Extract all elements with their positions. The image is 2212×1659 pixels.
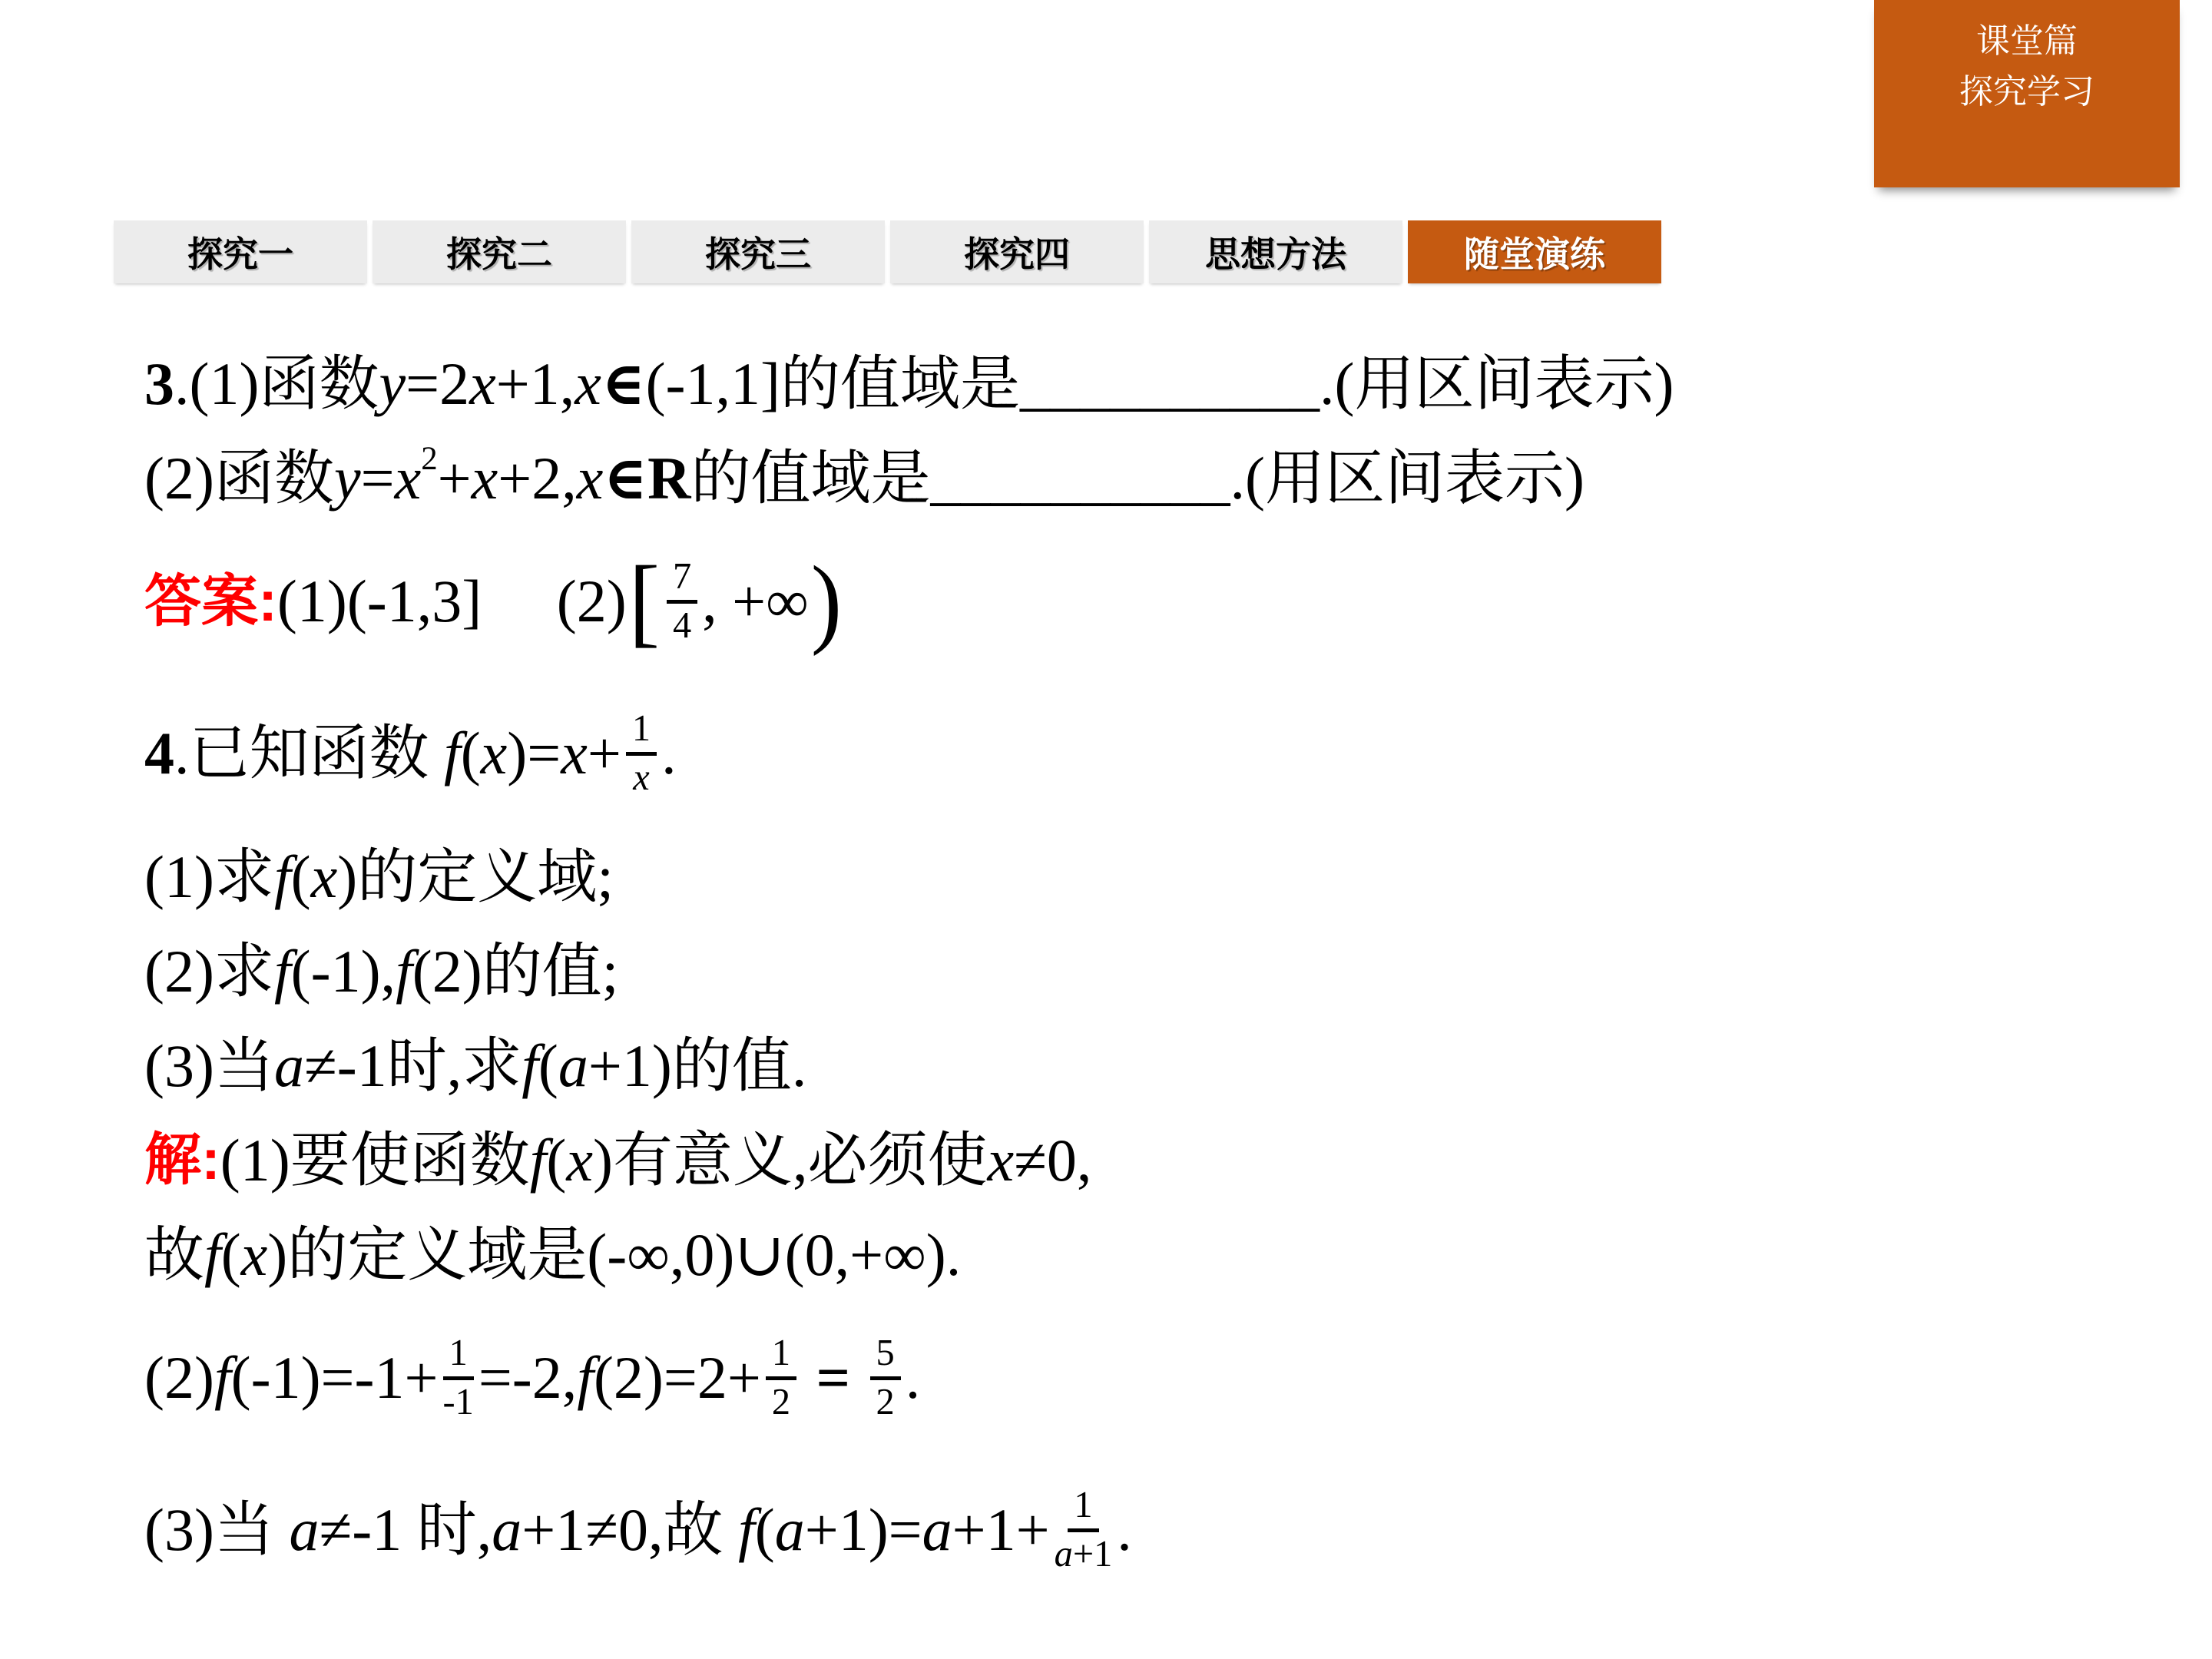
math-seg: 3	[144, 354, 174, 414]
math-seg: y	[379, 354, 406, 414]
math-seg: -1	[443, 1382, 474, 1422]
tab-6-active[interactable]: 随堂演练	[1408, 220, 1661, 283]
math-seg: 1	[1074, 1485, 1092, 1525]
math-seg: =2	[406, 354, 469, 414]
fraction-numerator: 7	[667, 558, 697, 604]
math-seg: ≠-1 时,	[319, 1500, 492, 1560]
fraction: 74	[667, 558, 697, 646]
tab-bar: 探究一探究二探究三探究四思想方法随堂演练	[114, 220, 1661, 283]
math-seg	[850, 1348, 866, 1408]
math-content: 3.(1)函数y=2x+1,x∈(-1,1]的值域是__________.(用区…	[144, 336, 2181, 1606]
math-seg: (	[461, 724, 481, 783]
math-seg: a	[492, 1500, 522, 1560]
math-seg: x	[472, 449, 498, 508]
math-line-5: (1)求f(x)的定义域;	[144, 829, 2181, 924]
tab-5[interactable]: 思想方法	[1149, 220, 1402, 283]
fraction-numerator: 1	[443, 1334, 474, 1380]
math-seg: .(用区间表示)	[1230, 449, 1584, 508]
corner-badge: 课堂篇 探究学习	[1874, 0, 2180, 187]
math-line-3: 答案:(1)(-1,3] (2)[74, +∞)	[144, 525, 2181, 677]
tab-1[interactable]: 探究一	[114, 220, 367, 283]
math-line-1: 3.(1)函数y=2x+1,x∈(-1,1]的值域是__________.(用区…	[144, 336, 2181, 431]
fraction-denominator: 2	[772, 1380, 790, 1422]
math-seg: 4	[673, 605, 691, 646]
math-seg: ∈	[603, 449, 647, 508]
fill-in-blank: __________	[1020, 354, 1320, 414]
math-seg: .已知函数	[174, 724, 444, 783]
math-seg: x	[561, 724, 588, 783]
math-seg: .	[906, 1348, 921, 1408]
math-seg: a	[289, 1500, 319, 1560]
fraction-numerator: 1	[1068, 1486, 1098, 1532]
fraction-numerator: 1	[626, 710, 657, 756]
math-seg: (-1,1]的值域是	[646, 354, 1020, 414]
math-seg: ∈	[601, 354, 646, 414]
math-seg: (1)(-1,3]	[277, 571, 482, 631]
math-seg: (	[538, 1036, 558, 1096]
math-seg: (3)当	[144, 1036, 274, 1096]
math-seg: x	[311, 847, 338, 907]
math-seg: 故	[144, 1225, 204, 1285]
fraction: 1-1	[443, 1334, 474, 1422]
math-seg: (	[221, 1225, 241, 1285]
math-seg: (2)函数	[144, 449, 334, 508]
math-seg: +1	[1073, 1534, 1112, 1575]
math-seg: (2)求	[144, 942, 274, 1002]
answer-label: 解:	[144, 1131, 220, 1188]
math-seg: =	[361, 449, 395, 508]
math-seg: 1	[632, 708, 651, 749]
math-seg: a	[274, 1036, 304, 1096]
corner-badge-line2: 探究学习	[1959, 67, 2094, 118]
math-seg: f	[214, 1348, 231, 1408]
math-seg: f	[396, 942, 412, 1002]
math-seg: +1+	[952, 1500, 1050, 1560]
math-seg: =	[816, 1348, 850, 1408]
math-seg: x	[241, 1225, 268, 1285]
tab-2[interactable]: 探究二	[373, 220, 626, 283]
math-line-4: 4.已知函数 f(x)=x+1x.	[144, 677, 2181, 829]
tab-4[interactable]: 探究四	[890, 220, 1144, 283]
fraction: 1x	[626, 710, 657, 798]
math-seg: x	[577, 449, 604, 508]
math-seg: )的定义域是(-∞,0)∪(0,+∞).	[267, 1225, 961, 1285]
math-seg: )的定义域;	[337, 847, 614, 907]
tab-3[interactable]: 探究三	[631, 220, 885, 283]
math-seg: 7	[673, 556, 691, 597]
math-line-8: 解:(1)要使函数f(x)有意义,必须使x≠0,	[144, 1113, 2181, 1207]
math-seg: +2,	[498, 449, 577, 508]
math-seg: , +∞	[702, 571, 809, 631]
math-seg: )=	[507, 724, 561, 783]
math-seg: x	[566, 1131, 593, 1190]
math-seg: (	[546, 1131, 566, 1190]
math-seg: x	[469, 354, 496, 414]
math-seg: )有意义,必须使	[593, 1131, 987, 1190]
math-line-11: (3)当 a≠-1 时,a+1≠0,故 f(a+1)=a+1+1a+1.	[144, 1454, 2181, 1606]
math-seg: (1)求	[144, 847, 274, 907]
fraction-denominator: 2	[876, 1380, 895, 1422]
math-seg	[482, 571, 557, 631]
math-seg: (2)	[557, 571, 627, 631]
math-seg: a	[775, 1500, 805, 1560]
math-line-9: 故f(x)的定义域是(-∞,0)∪(0,+∞).	[144, 1207, 2181, 1302]
math-seg: +1,	[496, 354, 575, 414]
math-seg: (-1),	[291, 942, 396, 1002]
math-seg: )	[811, 556, 842, 647]
math-seg: +1)=	[805, 1500, 922, 1560]
math-seg: x	[575, 354, 601, 414]
math-seg: .	[661, 724, 677, 783]
fraction-denominator: 4	[673, 604, 691, 646]
math-seg: R	[647, 449, 690, 508]
math-seg: .	[1117, 1500, 1132, 1560]
math-seg: 2	[876, 1382, 895, 1422]
math-seg: .(用区间表示)	[1320, 354, 1674, 414]
math-seg: (2)的值;	[412, 942, 619, 1002]
math-seg: +	[438, 449, 472, 508]
math-seg: +1)的值.	[588, 1036, 806, 1096]
math-seg: 1	[772, 1333, 790, 1373]
math-seg: =-2,	[478, 1348, 577, 1408]
math-seg: [	[629, 556, 660, 647]
fraction-denominator: a+1	[1055, 1532, 1113, 1575]
math-seg: 2	[421, 443, 437, 476]
fraction-denominator: x	[633, 756, 649, 798]
corner-badge-line1: 课堂篇	[1976, 16, 2078, 67]
fraction: 52	[870, 1334, 901, 1422]
math-seg: a	[558, 1036, 588, 1096]
math-line-10: (2)f(-1)=-1+1-1=-2,f(2)=2+12 = 52.	[144, 1302, 2181, 1454]
math-seg: a	[1055, 1534, 1073, 1575]
math-seg: y	[334, 449, 361, 508]
math-seg: x	[395, 449, 422, 508]
math-seg: (1)要使函数	[220, 1131, 530, 1190]
math-seg: +1≠0,故	[522, 1500, 738, 1560]
math-seg: 2	[772, 1382, 790, 1422]
math-seg: x	[988, 1131, 1015, 1190]
math-seg: (2)=2+	[594, 1348, 761, 1408]
math-seg: +	[588, 724, 621, 783]
math-seg: x	[633, 757, 649, 798]
fraction-numerator: 1	[766, 1334, 796, 1380]
math-seg: 1	[449, 1333, 468, 1373]
math-seg: a	[922, 1500, 952, 1560]
math-seg: (3)当	[144, 1500, 289, 1560]
math-seg: (2)	[144, 1348, 214, 1408]
math-seg: (-1)=-1+	[231, 1348, 439, 1408]
math-seg: f	[274, 847, 291, 907]
math-seg: (	[755, 1500, 775, 1560]
math-seg: 的值域是	[691, 449, 931, 508]
math-seg: f	[577, 1348, 594, 1408]
math-seg: f	[204, 1225, 221, 1285]
fill-in-blank: __________	[931, 449, 1230, 508]
math-seg	[801, 1348, 816, 1408]
math-seg: ≠-1时,求	[304, 1036, 522, 1096]
math-line-6: (2)求f(-1),f(2)的值;	[144, 924, 2181, 1018]
math-seg: (	[291, 847, 311, 907]
answer-label: 答案:	[144, 573, 277, 630]
math-line-7: (3)当a≠-1时,求f(a+1)的值.	[144, 1018, 2181, 1113]
fraction: 12	[766, 1334, 796, 1422]
math-seg: f	[444, 724, 461, 783]
math-seg: 5	[876, 1333, 895, 1373]
math-seg: f	[522, 1036, 538, 1096]
math-seg: f	[738, 1500, 755, 1560]
math-seg: f	[530, 1131, 547, 1190]
math-seg: .(1)函数	[174, 354, 379, 414]
math-seg: x	[481, 724, 508, 783]
fraction-numerator: 5	[870, 1334, 901, 1380]
fraction-denominator: -1	[443, 1380, 474, 1422]
math-line-2: (2)函数y=x2+x+2,x∈R的值域是__________.(用区间表示)	[144, 431, 2181, 525]
math-seg: ≠0,	[1014, 1131, 1091, 1190]
math-seg: f	[274, 942, 291, 1002]
fraction: 1a+1	[1055, 1486, 1113, 1575]
math-seg: 4	[144, 724, 174, 783]
